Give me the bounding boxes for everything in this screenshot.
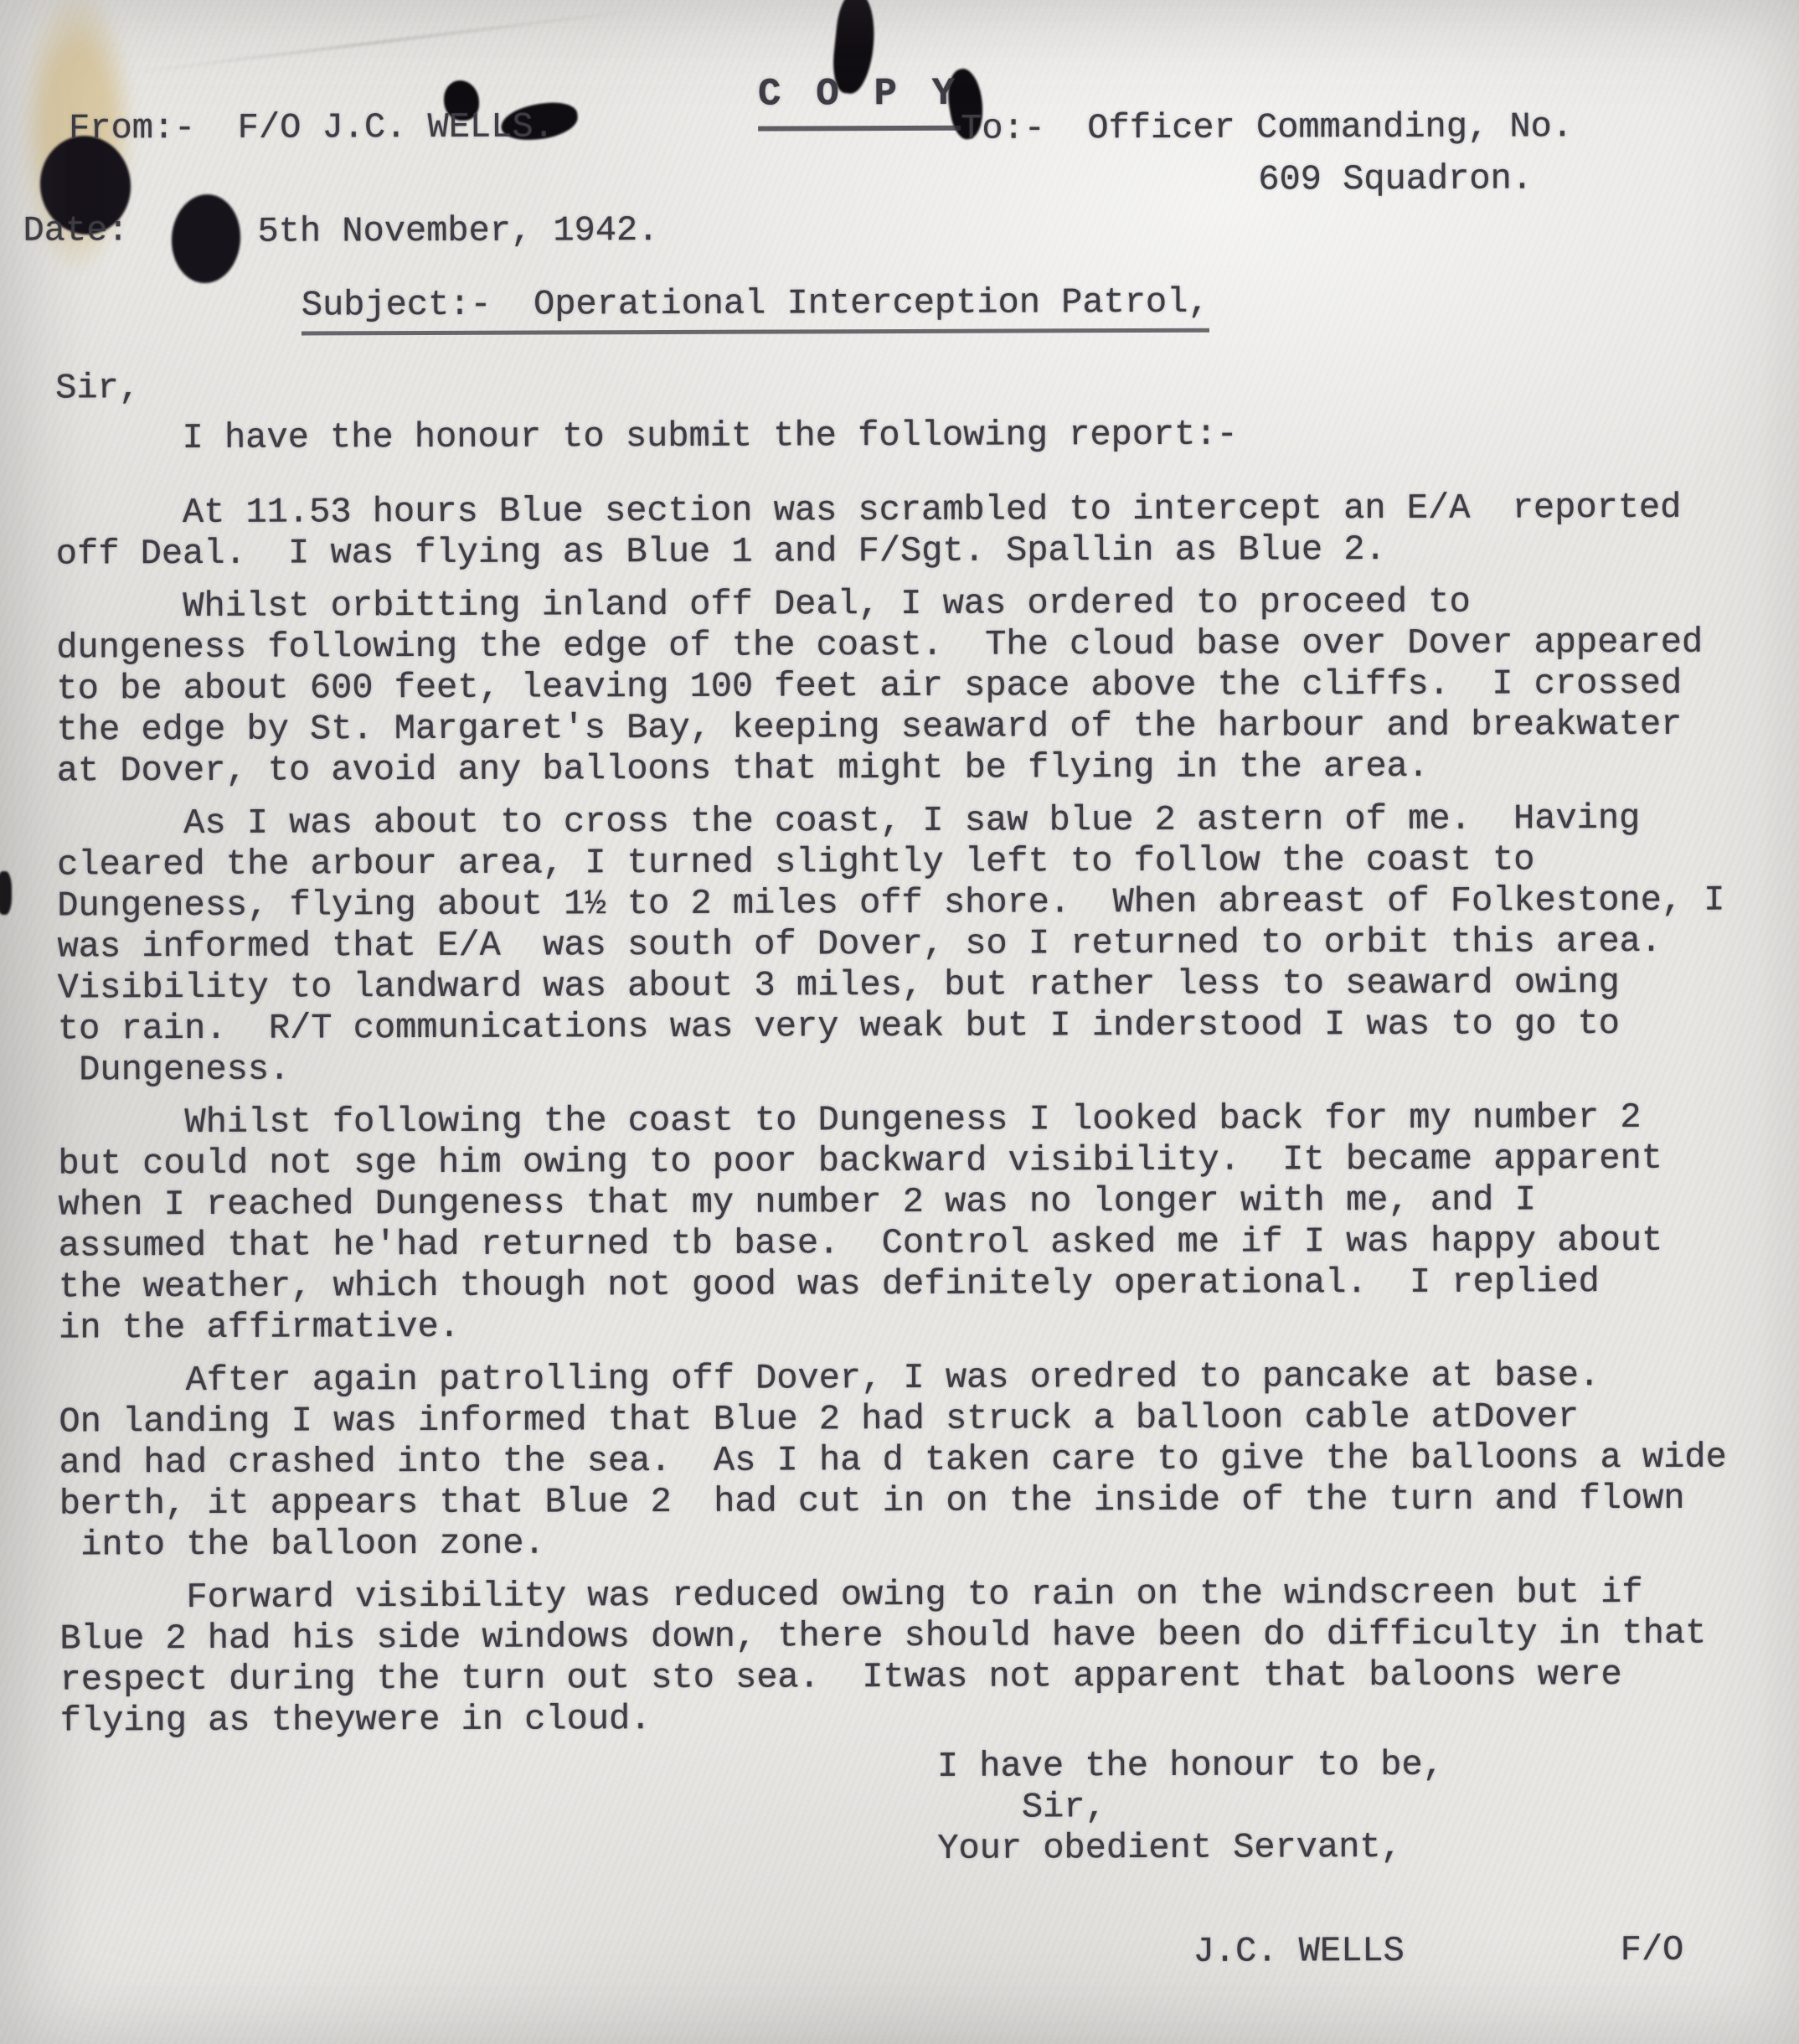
paragraph: At 11.53 hours Blue section was scramble…	[56, 488, 1724, 576]
signature-rank: F/O	[1621, 1930, 1684, 1970]
letter-line: As I was about to cross the coast, I saw…	[57, 798, 1724, 845]
letter-line: to be about 600 feet, leaving 100 feet a…	[56, 663, 1724, 710]
paragraph: Whilst orbitting inland off Deal, I was …	[56, 581, 1724, 792]
paragraph: Forward visibility was reduced owing to …	[59, 1572, 1728, 1742]
closing-line: I have the honour to be,	[937, 1745, 1444, 1788]
letter-line: After again patrolling off Dover, I was …	[59, 1355, 1726, 1402]
paragraph: Whilst following the coast to Dungeness …	[58, 1097, 1726, 1350]
scanned-letter-page: C O P Y From:- F/O J.C. WELLS. To:- Offi…	[0, 0, 1799, 2044]
letter-line: Forward visibility was reduced owing to …	[59, 1572, 1727, 1619]
letter-line: in the affirmative.	[59, 1303, 1726, 1350]
letter-line: respect during the turn out sto sea. Itw…	[60, 1654, 1728, 1701]
letter-line: when I reached Dungeness that my number …	[59, 1179, 1726, 1226]
letter-line: to rain. R/T communications was very wea…	[58, 1004, 1725, 1050]
letter-line: off Deal. I was flying as Blue 1 and F/S…	[56, 529, 1724, 576]
letter-body: At 11.53 hours Blue section was scramble…	[56, 488, 1728, 1742]
paragraph: As I was about to cross the coast, I saw…	[57, 798, 1725, 1092]
letter-line: Dungeness.	[58, 1045, 1725, 1092]
closing-block: I have the honour to be, Sir,Your obedie…	[937, 1745, 1444, 1870]
closing-line: Sir,	[937, 1786, 1444, 1829]
letter-line: into the balloon zone.	[59, 1520, 1727, 1567]
letter-line: Visibility to landward was about 3 miles…	[58, 963, 1725, 1009]
from-line: From:- F/O J.C. WELLS.	[69, 106, 554, 148]
date-value: 5th November, 1942.	[257, 210, 658, 252]
copy-header: C O P Y	[758, 72, 961, 132]
letter-line: Blue 2 had his side windows down, there …	[59, 1613, 1727, 1660]
letter-line: cleared the arbour area, I turned slight…	[57, 839, 1724, 886]
letter-line: Dungeness, flying about 1½ to 2 miles of…	[57, 880, 1724, 927]
letter-line: On landing I was informed that Blue 2 ha…	[59, 1396, 1726, 1443]
letter-content: C O P Y From:- F/O J.C. WELLS. To:- Offi…	[0, 0, 1799, 2044]
letter-line: at Dover, to avoid any balloons that mig…	[57, 746, 1724, 792]
date-label: Date:	[23, 210, 128, 250]
subject-line: Subject:- Operational Interception Patro…	[302, 282, 1209, 336]
paragraph: After again patrolling off Dover, I was …	[59, 1355, 1727, 1567]
letter-line: but could not sge him owing to poor back…	[58, 1138, 1725, 1185]
letter-line: flying as theywere in cloud.	[60, 1696, 1728, 1742]
letter-line: dungeness following the edge of the coas…	[56, 622, 1724, 669]
salutation: Sir,	[55, 368, 140, 408]
letter-line: was informed that E/A was south of Dover…	[57, 921, 1724, 968]
opening-line: I have the honour to submit the followin…	[55, 415, 1238, 459]
letter-line: berth, it appears that Blue 2 had cut in…	[59, 1479, 1727, 1525]
to-squadron-line: 609 Squadron.	[1258, 158, 1533, 199]
letter-line: assumed that he'had returned tb base. Co…	[59, 1221, 1726, 1267]
letter-line: the weather, which though not good was d…	[59, 1262, 1726, 1308]
letter-line: Whilst following the coast to Dungeness …	[58, 1097, 1725, 1144]
letter-line: the edge by St. Margaret's Bay, keeping …	[57, 705, 1724, 751]
letter-line: Whilst orbitting inland off Deal, I was …	[56, 581, 1724, 628]
letter-line: At 11.53 hours Blue section was scramble…	[56, 488, 1724, 534]
to-line: To:- Officer Commanding, No.	[961, 106, 1573, 149]
closing-line: Your obedient Servant,	[937, 1827, 1444, 1870]
signature-name: J.C. WELLS	[1193, 1931, 1405, 1972]
letter-line: and had crashed into the sea. As I ha d …	[59, 1438, 1727, 1484]
